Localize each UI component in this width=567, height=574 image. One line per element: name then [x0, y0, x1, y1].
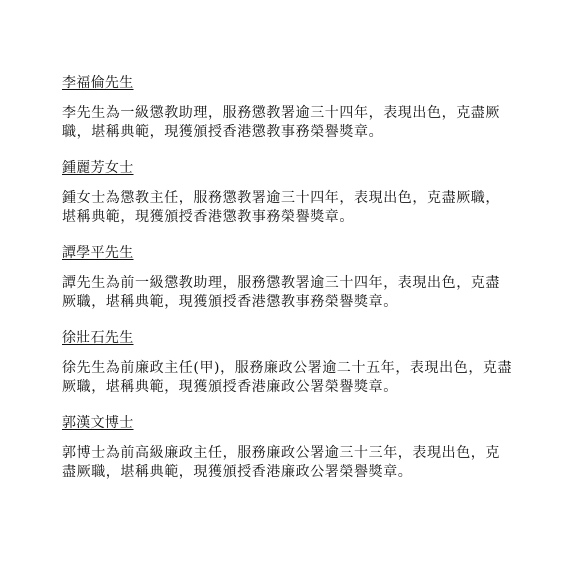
description-line: 郭博士為前高級廉政主任，服務廉政公署逾三十三年，表現出色，克 [62, 444, 502, 463]
description-line: 厥職，堪稱典範，現獲頒授香港懲教事務榮譽獎章。 [62, 293, 502, 312]
recipient-name: 譚學平先生 [62, 244, 502, 262]
recipient-name: 鍾麗芳女士 [62, 159, 502, 177]
recipient-description: 徐先生為前廉政主任(甲)，服務廉政公署逾二十五年，表現出色，克盡 厥職，堪稱典範… [62, 359, 502, 397]
award-entry: 徐壯石先生 徐先生為前廉政主任(甲)，服務廉政公署逾二十五年，表現出色，克盡 厥… [62, 329, 502, 397]
document-page: 李福倫先生 李先生為一級懲教助理，服務懲教署逾三十四年，表現出色，克盡厥 職，堪… [62, 74, 502, 499]
award-entry: 郭漢文博士 郭博士為前高級廉政主任，服務廉政公署逾三十三年，表現出色，克 盡厥職… [62, 414, 502, 482]
description-line: 鍾女士為懲教主任，服務懲教署逾三十四年，表現出色，克盡厥職， [62, 189, 502, 208]
description-line: 譚先生為前一級懲教助理，服務懲教署逾三十四年，表現出色，克盡 [62, 274, 502, 293]
award-entry: 李福倫先生 李先生為一級懲教助理，服務懲教署逾三十四年，表現出色，克盡厥 職，堪… [62, 74, 502, 142]
description-line: 徐先生為前廉政主任(甲)，服務廉政公署逾二十五年，表現出色，克盡 [62, 359, 502, 378]
description-line: 厥職，堪稱典範，現獲頒授香港廉政公署榮譽獎章。 [62, 378, 502, 397]
recipient-description: 鍾女士為懲教主任，服務懲教署逾三十四年，表現出色，克盡厥職， 堪稱典範，現獲頒授… [62, 189, 502, 227]
recipient-description: 郭博士為前高級廉政主任，服務廉政公署逾三十三年，表現出色，克 盡厥職，堪稱典範，… [62, 444, 502, 482]
award-entry: 譚學平先生 譚先生為前一級懲教助理，服務懲教署逾三十四年，表現出色，克盡 厥職，… [62, 244, 502, 312]
recipient-name: 郭漢文博士 [62, 414, 502, 432]
recipient-name: 徐壯石先生 [62, 329, 502, 347]
description-line: 盡厥職，堪稱典範，現獲頒授香港廉政公署榮譽獎章。 [62, 463, 502, 482]
recipient-name: 李福倫先生 [62, 74, 502, 92]
recipient-description: 李先生為一級懲教助理，服務懲教署逾三十四年，表現出色，克盡厥 職，堪稱典範，現獲… [62, 104, 502, 142]
description-line: 李先生為一級懲教助理，服務懲教署逾三十四年，表現出色，克盡厥 [62, 104, 502, 123]
description-line: 職，堪稱典範，現獲頒授香港懲教事務榮譽獎章。 [62, 123, 502, 142]
description-line: 堪稱典範，現獲頒授香港懲教事務榮譽獎章。 [62, 208, 502, 227]
award-entry: 鍾麗芳女士 鍾女士為懲教主任，服務懲教署逾三十四年，表現出色，克盡厥職， 堪稱典… [62, 159, 502, 227]
recipient-description: 譚先生為前一級懲教助理，服務懲教署逾三十四年，表現出色，克盡 厥職，堪稱典範，現… [62, 274, 502, 312]
